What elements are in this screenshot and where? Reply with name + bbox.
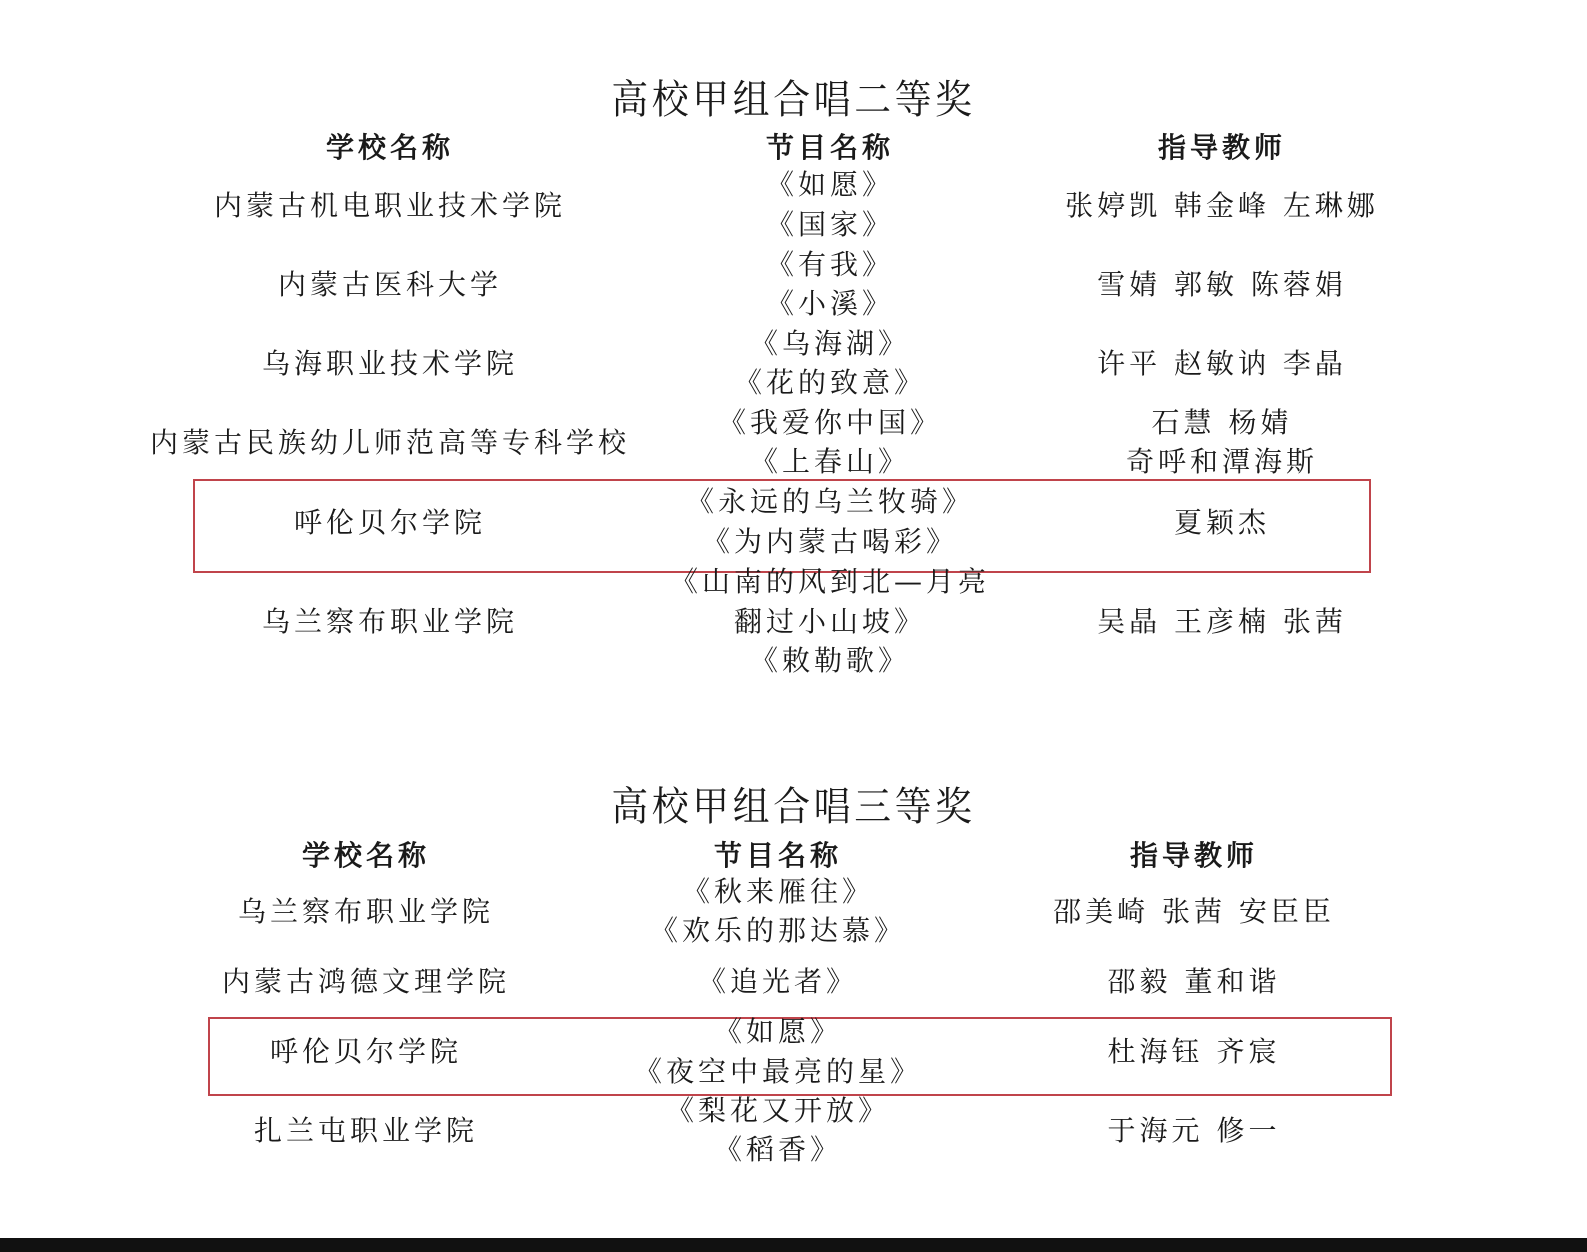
teacher-names: 雪婧 郭敏 陈蓉娟 bbox=[1022, 265, 1422, 305]
header-teachers: 指导教师 bbox=[1094, 834, 1294, 874]
section-title-third-prize: 高校甲组合唱三等奖 bbox=[63, 775, 1523, 832]
school-name: 乌海职业技术学院 bbox=[140, 344, 640, 384]
header-school: 学校名称 bbox=[290, 126, 490, 166]
teacher-names: 于海元 修一 bbox=[994, 1111, 1394, 1151]
program-name: 《欢乐的那达慕》 bbox=[578, 911, 978, 951]
bottom-border bbox=[0, 1238, 1587, 1252]
program-name: 《追光者》 bbox=[578, 962, 978, 1002]
teacher-names: 夏颖杰 bbox=[1022, 503, 1422, 543]
program-name: 《上春山》 bbox=[630, 442, 1030, 482]
program-name: 《夜空中最亮的星》 bbox=[578, 1052, 978, 1092]
program-name: 《如愿》 bbox=[630, 165, 1030, 205]
school-name: 扎兰屯职业学院 bbox=[166, 1111, 566, 1151]
program-name: 《永远的乌兰牧骑》 bbox=[630, 482, 1030, 522]
school-name: 内蒙古鸿德文理学院 bbox=[166, 962, 566, 1002]
school-name: 呼伦贝尔学院 bbox=[140, 503, 640, 543]
program-name: 《秋来雁往》 bbox=[578, 872, 978, 912]
teacher-names: 吴晶 王彦楠 张茜 bbox=[1022, 602, 1422, 642]
teacher-names: 杜海钰 齐宸 bbox=[994, 1032, 1394, 1072]
header-program: 节目名称 bbox=[678, 834, 878, 874]
teacher-names: 邵美崎 张茜 安臣臣 bbox=[994, 892, 1394, 932]
program-name: 《乌海湖》 bbox=[630, 324, 1030, 364]
program-name: 《花的致意》 bbox=[630, 363, 1030, 403]
school-name: 内蒙古医科大学 bbox=[140, 265, 640, 305]
program-name: 《稻香》 bbox=[578, 1130, 978, 1170]
program-name: 《我爱你中国》 bbox=[630, 403, 1030, 443]
school-name: 内蒙古民族幼儿师范高等专科学校 bbox=[140, 423, 640, 463]
program-name: 《敕勒歌》 bbox=[630, 641, 1030, 681]
school-name: 内蒙古机电职业技术学院 bbox=[140, 186, 640, 226]
school-name: 乌兰察布职业学院 bbox=[140, 602, 640, 642]
teacher-names: 邵毅 董和谐 bbox=[994, 962, 1394, 1002]
program-name: 《梨花又开放》 bbox=[578, 1091, 978, 1131]
program-name: 《小溪》 bbox=[630, 284, 1030, 324]
program-name: 《如愿》 bbox=[578, 1012, 978, 1052]
program-name: 翻过小山坡》 bbox=[630, 602, 1030, 642]
teacher-names: 奇呼和潭海斯 bbox=[1022, 442, 1422, 482]
school-name: 呼伦贝尔学院 bbox=[166, 1032, 566, 1072]
program-name: 《山南的风到北—月亮 bbox=[630, 562, 1030, 602]
section-title-second-prize: 高校甲组合唱二等奖 bbox=[63, 68, 1523, 125]
teacher-names: 张婷凯 韩金峰 左琳娜 bbox=[1022, 186, 1422, 226]
program-name: 《有我》 bbox=[630, 245, 1030, 285]
program-name: 《为内蒙古喝彩》 bbox=[630, 522, 1030, 562]
teacher-names: 石慧 杨婧 bbox=[1022, 403, 1422, 443]
header-teachers: 指导教师 bbox=[1122, 126, 1322, 166]
header-program: 节目名称 bbox=[730, 126, 930, 166]
school-name: 乌兰察布职业学院 bbox=[166, 892, 566, 932]
header-school: 学校名称 bbox=[266, 834, 466, 874]
program-name: 《国家》 bbox=[630, 205, 1030, 245]
teacher-names: 许平 赵敏讷 李晶 bbox=[1022, 344, 1422, 384]
